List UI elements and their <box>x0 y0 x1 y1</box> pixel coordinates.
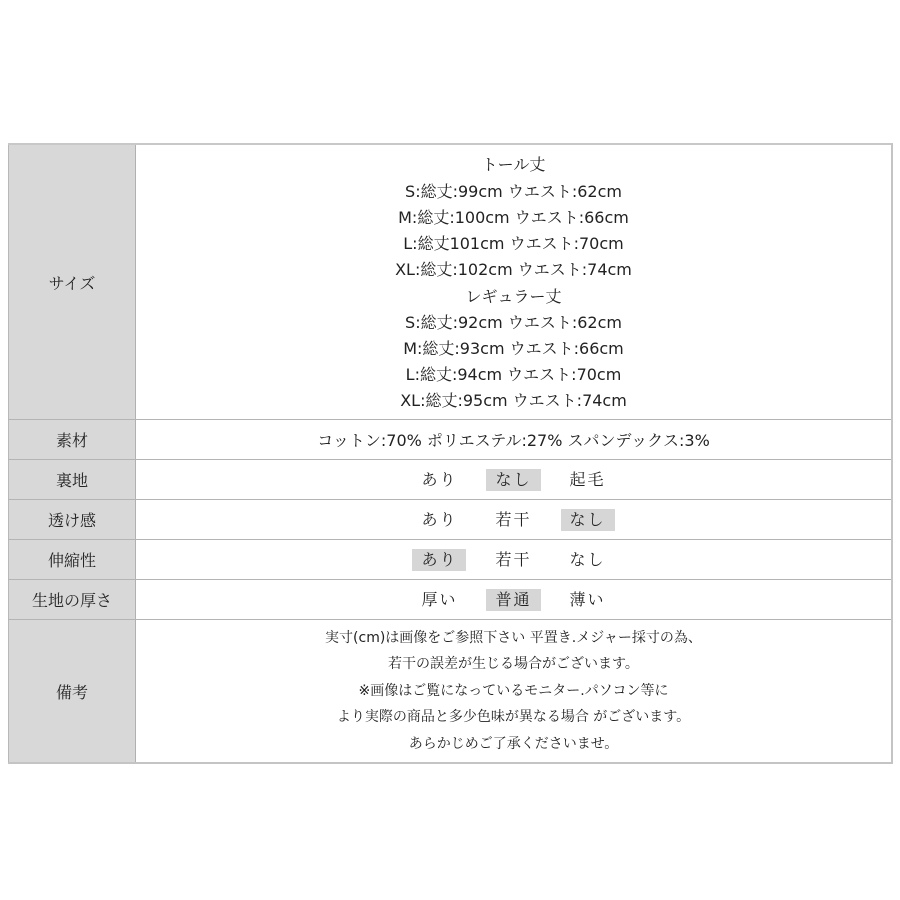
lining-option-ari: あり <box>412 469 466 491</box>
material-row: 素材 コットン:70% ポリエステル:27% スパンデックス:3% <box>9 420 893 460</box>
notes-line: 実寸(cm)は画像をご参照下さい 平置き.メジャー採寸の為、 <box>136 625 891 652</box>
thickness-label: 生地の厚さ <box>9 580 136 620</box>
product-spec-table: サイズ トール丈 S:総丈:99cm ウエスト:62cm M:総丈:100cm … <box>8 143 893 764</box>
size-line: S:総丈:99cm ウエスト:62cm <box>136 179 891 205</box>
sheerness-option-jakkan: 若干 <box>486 509 540 531</box>
lining-row: 裏地 あり なし 起毛 <box>9 460 893 500</box>
stretch-row: 伸縮性 あり 若干 なし <box>9 540 893 580</box>
thickness-option-thin: 薄い <box>561 589 615 611</box>
size-line: L:総丈101cm ウエスト:70cm <box>136 231 891 257</box>
lining-label: 裏地 <box>9 460 136 500</box>
notes-value: 実寸(cm)は画像をご参照下さい 平置き.メジャー採寸の為、 若干の誤差が生じる… <box>136 620 893 764</box>
thickness-options: 厚い 普通 薄い <box>412 589 614 611</box>
notes-line: あらかじめご了承くださいませ。 <box>136 731 891 758</box>
notes-row: 備考 実寸(cm)は画像をご参照下さい 平置き.メジャー採寸の為、 若干の誤差が… <box>9 620 893 764</box>
thickness-option-thick: 厚い <box>412 589 466 611</box>
sheerness-label: 透け感 <box>9 500 136 540</box>
lining-option-kimo: 起毛 <box>561 469 615 491</box>
stretch-option-jakkan: 若干 <box>486 549 540 571</box>
sheerness-value: あり 若干 なし <box>136 500 893 540</box>
size-line: L:総丈:94cm ウエスト:70cm <box>136 362 891 388</box>
size-lines: トール丈 S:総丈:99cm ウエスト:62cm M:総丈:100cm ウエスト… <box>136 149 891 414</box>
size-heading-tall: トール丈 <box>136 152 891 178</box>
notes-line: ※画像はご覧になっているモニター.パソコン等に <box>136 678 891 705</box>
size-line: S:総丈:92cm ウエスト:62cm <box>136 310 891 336</box>
sheerness-options: あり 若干 なし <box>412 509 614 531</box>
lining-value: あり なし 起毛 <box>136 460 893 500</box>
stretch-options: あり 若干 なし <box>412 549 614 571</box>
notes-line: より実際の商品と多少色味が異なる場合 がございます。 <box>136 704 891 731</box>
thickness-value: 厚い 普通 薄い <box>136 580 893 620</box>
stretch-option-nashi: なし <box>561 549 615 571</box>
notes-line: 若干の誤差が生じる場合がございます。 <box>136 651 891 678</box>
stretch-label: 伸縮性 <box>9 540 136 580</box>
size-label: サイズ <box>9 144 136 420</box>
stretch-option-ari-selected: あり <box>412 549 466 571</box>
size-line: XL:総丈:102cm ウエスト:74cm <box>136 257 891 283</box>
material-text: コットン:70% ポリエステル:27% スパンデックス:3% <box>317 431 710 450</box>
sheerness-row: 透け感 あり 若干 なし <box>9 500 893 540</box>
thickness-row: 生地の厚さ 厚い 普通 薄い <box>9 580 893 620</box>
sheerness-option-nashi-selected: なし <box>561 509 615 531</box>
size-row: サイズ トール丈 S:総丈:99cm ウエスト:62cm M:総丈:100cm … <box>9 144 893 420</box>
lining-options: あり なし 起毛 <box>412 469 614 491</box>
size-line: M:総丈:100cm ウエスト:66cm <box>136 205 891 231</box>
stretch-value: あり 若干 なし <box>136 540 893 580</box>
size-value: トール丈 S:総丈:99cm ウエスト:62cm M:総丈:100cm ウエスト… <box>136 144 893 420</box>
size-line: M:総丈:93cm ウエスト:66cm <box>136 336 891 362</box>
material-value: コットン:70% ポリエステル:27% スパンデックス:3% <box>136 420 893 460</box>
sheerness-option-ari: あり <box>412 509 466 531</box>
notes-label: 備考 <box>9 620 136 764</box>
lining-option-nashi-selected: なし <box>486 469 540 491</box>
material-label: 素材 <box>9 420 136 460</box>
notes-lines: 実寸(cm)は画像をご参照下さい 平置き.メジャー採寸の為、 若干の誤差が生じる… <box>136 625 891 758</box>
size-heading-regular: レギュラー丈 <box>136 284 891 310</box>
size-line: XL:総丈:95cm ウエスト:74cm <box>136 388 891 414</box>
thickness-option-normal-selected: 普通 <box>486 589 540 611</box>
